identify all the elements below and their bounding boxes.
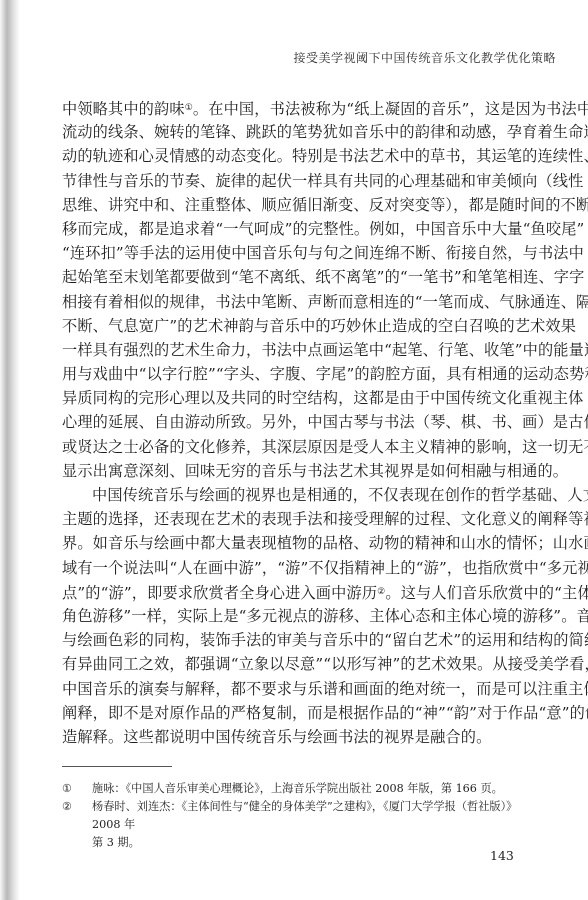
footnote-text: 施咏：《中国人音乐审美心理概论》，上海音乐学院出版社 2008 年版，第 166… (92, 780, 538, 798)
text-line: 中国音乐的演奏与解释，都不要求与乐谱和画面的绝对统一，而是可以注重主体的 (62, 677, 538, 701)
text-line: 用与戏曲中“以字行腔”“字头、字腹、字尾”的韵腔方面，具有相通的运动态势和 (62, 362, 538, 386)
footnotes: ① 施咏：《中国人音乐审美心理概论》，上海音乐学院出版社 2008 年版，第 1… (62, 780, 538, 852)
text-line: 异质同构的完形心理以及共同的时空结构，这都是由于中国传统文化重视主体 (62, 386, 538, 410)
text-segment: 点”的“游”，即要求欣赏者全身心进入画中游历 (62, 584, 377, 602)
footnote-ref-1[interactable]: ① (185, 103, 193, 113)
text-line: 阐释，即不是对原作品的严格复制，而是根据作品的“神”“韵”对于作品“意”的创 (62, 701, 538, 725)
text-line: 域有一个说法叫“人在画中游”，“游”不仅指精神上的“游”，也指欣赏中“多元视 (62, 556, 538, 580)
text-line: 思维、讲究中和、注重整体、顺应循旧渐变、反对突变等），都是随时间的不断推 (62, 193, 538, 217)
text-line: 点”的“游”，即要求欣赏者全身心进入画中游历②。这与人们音乐欣赏中的“主体 (62, 580, 538, 604)
running-head: 接受美学视阈下中国传统音乐文化教学优化策略 (0, 49, 556, 66)
text-line: 或贤达之士必备的文化修养，其深层原因是受人本主义精神的影响，这一切无不 (62, 435, 538, 459)
text-line: 动的轨迹和心灵情感的动态变化。特别是书法艺术中的草书，其运笔的连续性、 (62, 144, 538, 168)
footnote-separator (62, 766, 172, 767)
footnote-1: ① 施咏：《中国人音乐审美心理概论》，上海音乐学院出版社 2008 年版，第 1… (62, 780, 538, 798)
text-line: 界。如音乐与绘画中都大量表现植物的品格、动物的精神和山水的情怀；山水画领 (62, 531, 538, 555)
text-line: 主题的选择，还表现在艺术的表现手法和接受理解的过程、文化意义的阐释等视 (62, 507, 538, 531)
body-text: 中领略其中的韵味①。在中国，书法被称为“纸上凝固的音乐”，这是因为书法中 流动的… (62, 96, 538, 749)
page-number: 143 (490, 848, 514, 863)
text-segment: 中领略其中的韵味 (62, 100, 185, 118)
footnote-text-continued: 第 3 期。 (92, 834, 538, 852)
text-line: 中领略其中的韵味①。在中国，书法被称为“纸上凝固的音乐”，这是因为书法中 (62, 96, 538, 120)
footnote-text: 杨春时、刘连杰：《主体间性与“健全的身体美学”之建构》，《厦门大学学报（哲社版）… (92, 798, 538, 834)
paragraph-1: 中领略其中的韵味①。在中国，书法被称为“纸上凝固的音乐”，这是因为书法中 流动的… (62, 96, 538, 483)
text-line: 显示出寓意深刻、回味无穷的音乐与书法艺术其视界是如何相融与相通的。 (62, 459, 538, 483)
text-segment: 。在中国，书法被称为“纸上凝固的音乐”，这是因为书法中 (193, 100, 588, 118)
footnote-mark: ① (62, 780, 72, 798)
text-segment: 。这与人们音乐欣赏中的“主体 (385, 584, 588, 602)
text-line: 角色游移”一样，实际上是“多元视点的游移、主体心态和主体心境的游移”。音乐 (62, 604, 538, 628)
paragraph-2: 中国传统音乐与绘画的视界也是相通的，不仅表现在创作的哲学基础、人文 主题的选择，… (62, 483, 538, 749)
text-line: “连环扣”等手法的运用使中国音乐句与句之间连绵不断、衔接自然，与书法中 (62, 241, 538, 265)
text-line: 节律性与音乐的节奏、旋律的起伏一样具有共同的心理基础和审美倾向（线性 (62, 169, 538, 193)
text-line: 起始笔至末划笔都要做到“笔不离纸、纸不离笔”的“一笔书”和笔笔相连、字字 (62, 265, 538, 289)
text-line: 心理的延展、自由游动所致。另外，中国古琴与书法（琴、棋、书、画）是古代文人 (62, 410, 538, 434)
text-line: 流动的线条、婉转的笔锋、跳跃的笔势犹如音乐中的韵律和动感，孕育着生命运 (62, 120, 538, 144)
text-line: 一样具有强烈的艺术生命力，书法中点画运笔中“起笔、行笔、收笔”中的能量运 (62, 338, 538, 362)
text-line: 造解释。这些都说明中国传统音乐与绘画书法的视界是融合的。 (62, 725, 538, 749)
footnote-mark: ② (62, 798, 72, 816)
text-line: 不断、气息宽广”的艺术神韵与音乐中的巧妙休止造成的空白召唤的艺术效果 (62, 314, 538, 338)
footnote-2: ② 杨春时、刘连杰：《主体间性与“健全的身体美学”之建构》，《厦门大学学报（哲社… (62, 798, 538, 852)
text-line: 与绘画色彩的同构，装饰手法的审美与音乐中的“留白艺术”的运用和结构的简约 (62, 628, 538, 652)
text-line: 有异曲同工之效，都强调“立象以尽意”“以形写神”的艺术效果。从接受美学看， (62, 652, 538, 676)
text-line: 中国传统音乐与绘画的视界也是相通的，不仅表现在创作的哲学基础、人文 (62, 483, 538, 507)
book-spine-shadow (0, 0, 20, 900)
text-line: 移而完成，都是追求着“一气呵成”的完整性。例如，中国音乐中大量“鱼咬尾” (62, 217, 538, 241)
text-line: 相接有着相似的规律，书法中笔断、声断而意相连的“一笔而成、气脉通连、隔行 (62, 290, 538, 314)
